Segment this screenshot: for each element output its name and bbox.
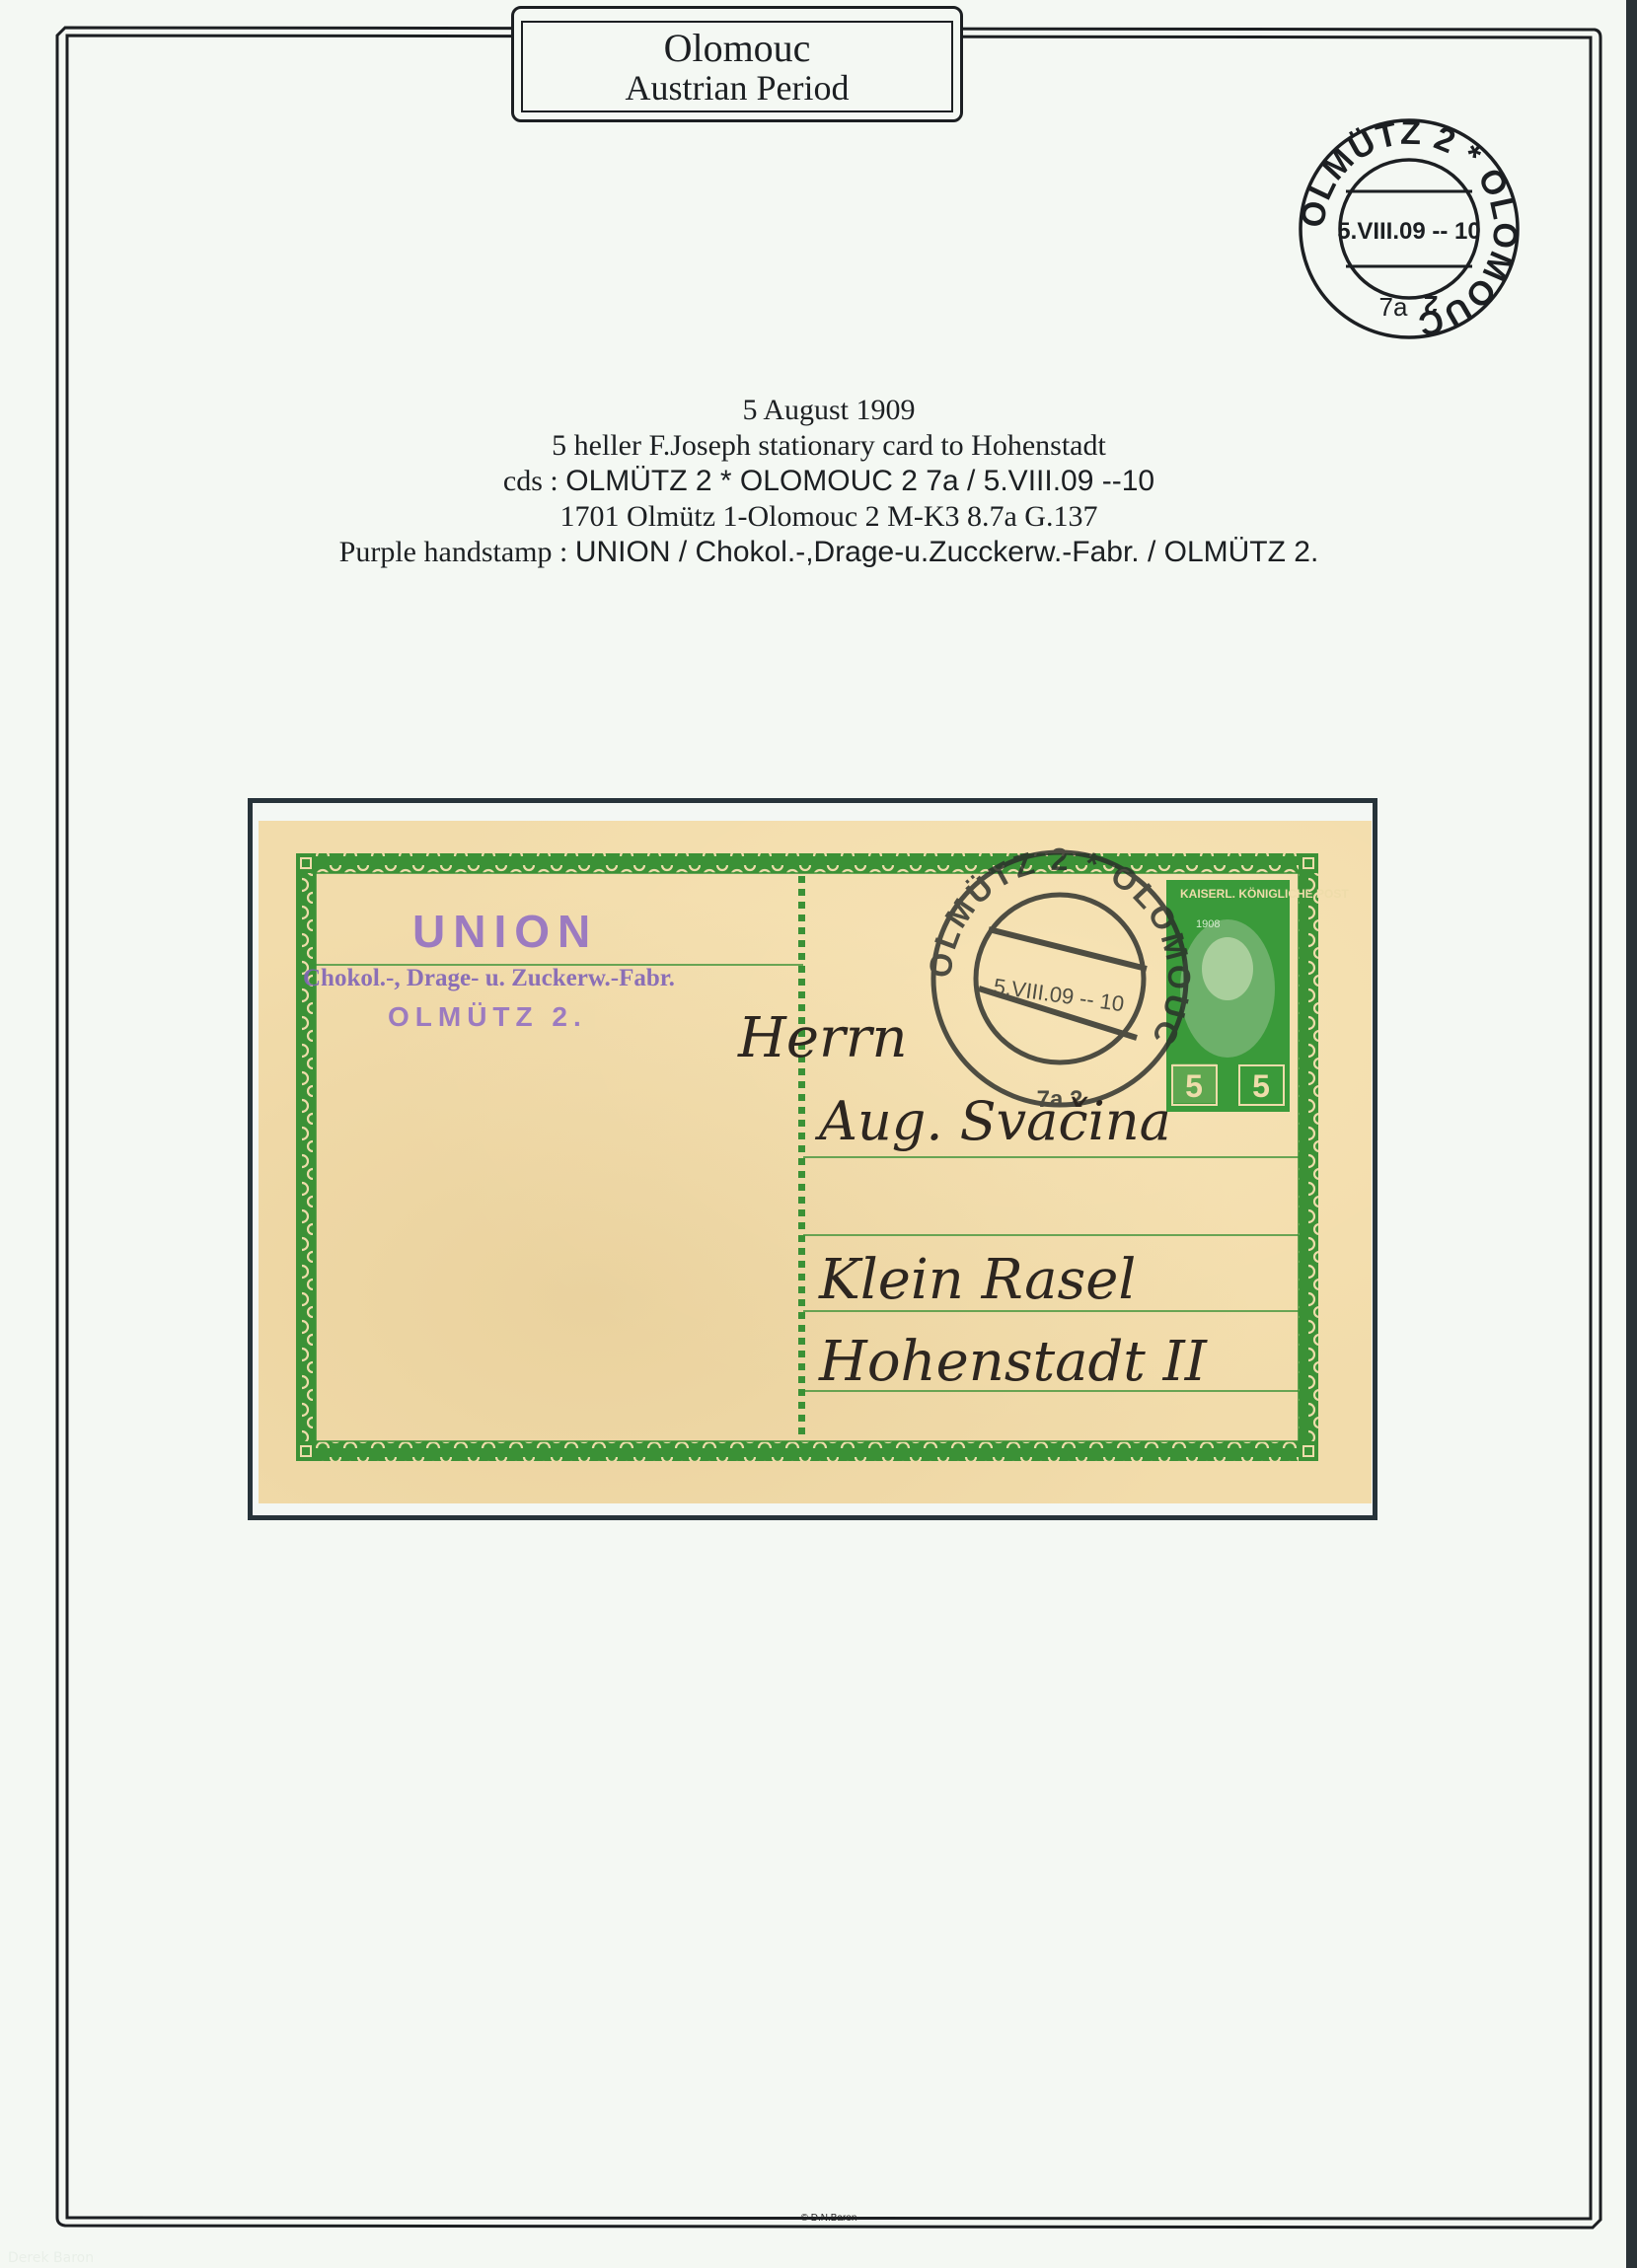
copyright: © D.N.Baron	[750, 2213, 908, 2224]
imprinted-stamp: 5 5 1908 KAISERL. KÖNIGLICHE POST	[1166, 880, 1349, 1112]
desc-cds-label: cds :	[503, 465, 558, 497]
address-town: Hohenstadt II	[819, 1330, 1207, 1394]
postmark-date: 5.VIII.09 -- 10	[992, 974, 1125, 1016]
page-title: Olomouc	[664, 28, 811, 69]
desc-handstamp: Purple handstamp : UNION / Chokol.-,Drag…	[118, 535, 1539, 570]
desc-reference: 1701 Olmütz 1-Olomouc 2 M-K3 8.7a G.137	[118, 499, 1539, 535]
page-subtitle: Austrian Period	[626, 69, 850, 107]
stamp-year: 1908	[1196, 918, 1220, 930]
stamp-denomination-left: 5	[1185, 1068, 1203, 1104]
desc-handstamp-value: UNION / Chokol.-,Drage-u.Zucckerw.-Fabr.…	[575, 536, 1319, 568]
scan-edge	[1626, 0, 1637, 2268]
desc-cds-value: OLMÜTZ 2 * OLOMOUC 2 7a / 5.VIII.09 --10	[565, 465, 1154, 497]
scanner-watermark: Derek Baron	[8, 2250, 94, 2266]
cancel-office-number: 2	[1424, 290, 1438, 320]
stamp-inscription: KAISERL. KÖNIGLICHE POST	[1180, 886, 1349, 901]
cancel-date: 5.VIII.09 -- 10	[1337, 218, 1480, 245]
cancel-illustration: OLMÜTZ 2 * OLOMOUC 5.VIII.09 -- 10 7a 2	[1295, 114, 1524, 343]
stamp-denomination-right: 5	[1252, 1068, 1270, 1104]
handstamp-city: OLMÜTZ 2.	[388, 1001, 587, 1033]
address-village: Klein Rasel	[819, 1248, 1136, 1312]
address-recipient: Aug. Svačina	[819, 1090, 1171, 1152]
desc-handstamp-label: Purple handstamp :	[339, 536, 568, 568]
cancel-code: 7a	[1379, 292, 1408, 322]
postmark: OLMÜTZ 2 * OLOMOUC 5.VIII.09 -- 10 7a 2	[922, 841, 1197, 1113]
desc-date: 5 August 1909	[118, 393, 1539, 428]
description: 5 August 1909 5 heller F.Joseph stationa…	[118, 393, 1539, 570]
title-box: Olomouc Austrian Period	[511, 6, 963, 122]
desc-item: 5 heller F.Joseph stationary card to Hoh…	[118, 428, 1539, 464]
handstamp-union: UNION	[412, 905, 598, 958]
handstamp-company: Chokol.-, Drage- u. Zuckerw.-Fabr.	[303, 965, 675, 992]
address-salutation: Herrn	[738, 1006, 908, 1070]
desc-cds: cds : OLMÜTZ 2 * OLOMOUC 2 7a / 5.VIII.0…	[118, 464, 1539, 499]
